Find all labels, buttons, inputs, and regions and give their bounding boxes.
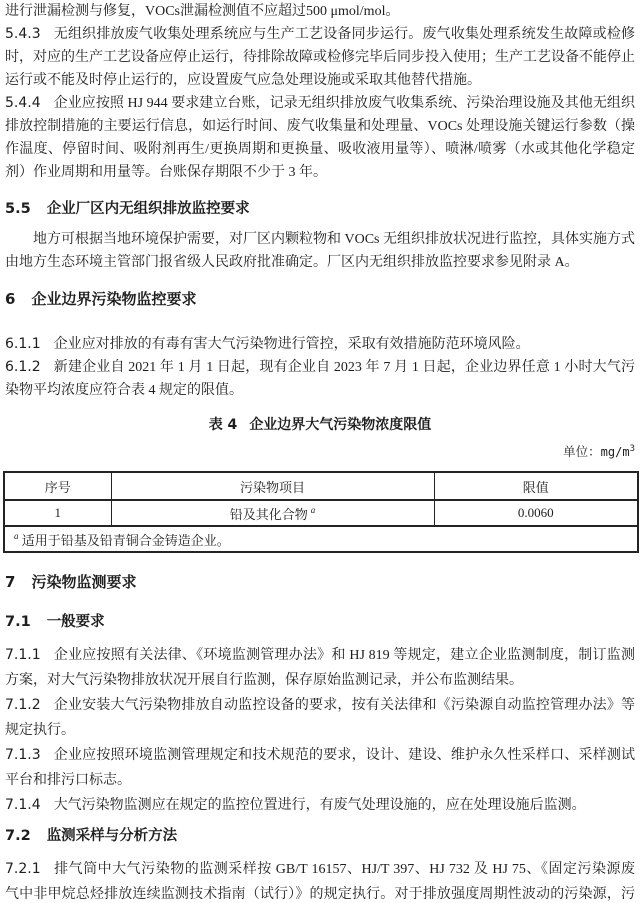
body-line: 地方可根据当地环境保护需要，对厂区内颗粒物和 VOCs 无组织排放状况进行监控，… xyxy=(5,228,635,251)
clause-number: 7.1.3 xyxy=(5,747,41,763)
clause-713-line: 7.1.3企业应按照环境监测管理规定和技术规范的要求，设计、建设、维护永久性采样… xyxy=(5,743,635,768)
body-line: 染物平均浓度应符合表 4 规定的限值。 xyxy=(5,379,635,402)
table-row: 1 铅及其化合物a 0.0060 xyxy=(4,500,638,526)
section-heading-7: 7污染物监测要求 xyxy=(5,570,635,595)
heading-title: 企业厂区内无组织排放监控要求 xyxy=(47,201,250,217)
body-line: 进行泄漏检测与修复，VOCs泄漏检测值不应超过500 μmol/mol。 xyxy=(5,0,635,23)
pollutant-limit-table: 序号 污染物项目 限值 1 铅及其化合物a 0.0060 a 适用于铅基及铅青铜… xyxy=(3,471,639,553)
heading-title: 监测采样与分析方法 xyxy=(47,828,178,844)
clause-712-line: 7.1.2企业安装大气污染物排放自动监控设备的要求，按有关法律和《污染源自动监控… xyxy=(5,693,635,718)
body-line: 气中非甲烷总烃排放连续监测技术指南（试行）》的规定执行。对于排放强度周期性波动的… xyxy=(5,882,635,903)
clause-number: 6.1.1 xyxy=(5,336,41,352)
table-caption-title: 企业边界大气污染物浓度限值 xyxy=(249,417,431,433)
section-heading-72: 7.2监测采样与分析方法 xyxy=(5,824,635,849)
body-line: 排放控制措施的主要运行信息，如运行时间、废气收集量和处理量、VOCs 处理设施关… xyxy=(5,115,635,138)
heading-number: 7 xyxy=(5,573,15,591)
unit-value: mg/m xyxy=(601,445,630,459)
heading-number: 5.5 xyxy=(5,201,31,217)
clause-612-line: 6.1.2新建企业自 2021 年 1 月 1 日起，现有企业自 2023 年 … xyxy=(5,356,635,379)
body-line: 剂）作业周期和用量等。台账保存期限不少于 3 年。 xyxy=(5,161,635,184)
heading-title: 企业边界污染物监控要求 xyxy=(31,290,196,308)
body-line: 规定执行。 xyxy=(5,718,635,743)
table-header-pollutant: 污染物项目 xyxy=(111,472,434,500)
body-line: 平台和排污口标志。 xyxy=(5,768,635,793)
heading-number: 7.2 xyxy=(5,828,31,844)
clause-721-line: 7.2.1排气筒中大气污染物的监测采样按 GB/T 16157、HJ/T 397… xyxy=(5,857,635,882)
clause-text: 无组织排放废气收集处理系统应与生产工艺设备同步运行。废气收集处理系统发生故障或检… xyxy=(54,27,635,42)
clause-611-line: 6.1.1企业应对排放的有毒有害大气污染物进行管控，采取有效措施防范环境风险。 xyxy=(5,333,635,356)
section-heading-71: 7.1一般要求 xyxy=(5,610,635,635)
footnote-marker: a xyxy=(14,531,19,541)
heading-title: 一般要求 xyxy=(47,614,105,630)
clause-group-71: 7.1.1企业应按照有关法律、《环境监测管理办法》和 HJ 819 等规定，建立… xyxy=(5,643,635,818)
body-line: 由地方生态环境主管部门报省级人民政府批准确定。厂区内无组织排放监控要求参见附录 … xyxy=(5,251,635,274)
table-footnote-row: a 适用于铅基及铅青铜合金铸造企业。 xyxy=(4,526,638,552)
clause-711-line: 7.1.1企业应按照有关法律、《环境监测管理办法》和 HJ 819 等规定，建立… xyxy=(5,643,635,668)
clause-text: 大气污染物监测应在规定的监控位置进行，有废气处理设施的，应在处理设施后监测。 xyxy=(54,798,586,813)
clause-number: 5.4.4 xyxy=(5,95,41,111)
unit-label: 单位： xyxy=(563,445,601,459)
clause-text: 企业应按照有关法律、《环境监测管理办法》和 HJ 819 等规定，建立企业监测制… xyxy=(54,648,635,663)
heading-number: 7.1 xyxy=(5,614,31,630)
footnote-ref-marker: a xyxy=(311,505,316,515)
clause-text: 企业应按照环境监测管理规定和技术规范的要求，设计、建设、维护永久性采样口、采样测… xyxy=(54,748,635,763)
clause-543-line: 5.4.3无组织排放废气收集处理系统应与生产工艺设备同步运行。废气收集处理系统发… xyxy=(5,23,635,46)
clause-text: 企业安装大气污染物排放自动监控设备的要求，按有关法律和《污染源自动监控管理办法》… xyxy=(54,698,635,713)
body-line: 作温度、停留时间、吸附剂再生/更换周期和更换量、吸收液用量等）、喷淋/喷雾（水或… xyxy=(5,138,635,161)
pollutant-name: 铅及其化合物 xyxy=(230,507,308,522)
table-header-row: 序号 污染物项目 限值 xyxy=(4,472,638,500)
document-page: 进行泄漏检测与修复，VOCs泄漏检测值不应超过500 μmol/mol。 5.4… xyxy=(0,0,640,903)
body-line: 运行或不能及时停止运行的，应设置废气应急处理设施或采取其他替代措施。 xyxy=(5,69,635,92)
clause-group-72: 7.2.1排气筒中大气污染物的监测采样按 GB/T 16157、HJ/T 397… xyxy=(5,857,635,903)
section-heading-55: 5.5企业厂区内无组织排放监控要求 xyxy=(5,198,635,221)
footnote-text: 适用于铅基及铅青铜合金铸造企业。 xyxy=(22,533,230,548)
section-heading-6: 6企业边界污染物监控要求 xyxy=(5,288,635,311)
heading-number: 6 xyxy=(5,290,15,308)
clause-number: 7.1.2 xyxy=(5,697,41,713)
clause-544-line: 5.4.4企业应按照 HJ 944 要求建立台账，记录无组织排放废气收集系统、污… xyxy=(5,92,635,115)
clause-714-line: 7.1.4大气污染物监测应在规定的监控位置进行，有废气处理设施的，应在处理设施后… xyxy=(5,793,635,818)
clause-text: 企业应按照 HJ 944 要求建立台账，记录无组织排放废气收集系统、污染治理设施… xyxy=(54,96,635,111)
clause-number: 7.2.1 xyxy=(5,861,41,877)
section-7: 7污染物监测要求 7.1一般要求 7.1.1企业应按照有关法律、《环境监测管理办… xyxy=(5,570,635,903)
table-caption-label: 表 4 xyxy=(209,417,238,433)
body-line: 时，对应的生产工艺设备应停止运行，待排除故障或检修完毕后同步投入使用；生产工艺设… xyxy=(5,46,635,69)
clause-number: 7.1.1 xyxy=(5,647,41,663)
clause-number: 7.1.4 xyxy=(5,797,41,813)
table-header-limit: 限值 xyxy=(434,472,638,500)
table-cell-pollutant: 铅及其化合物a xyxy=(111,500,434,526)
body-line: 方案，对大气污染物排放状况开展自行监测，保存原始监测记录，并公布监测结果。 xyxy=(5,668,635,693)
clause-text: 排气筒中大气污染物的监测采样按 GB/T 16157、HJ/T 397、HJ 7… xyxy=(54,862,635,877)
unit-exponent: 3 xyxy=(630,444,635,454)
heading-title: 污染物监测要求 xyxy=(31,573,136,591)
table-unit-line: 单位：mg/m3 xyxy=(5,444,635,460)
table-cell-limit: 0.0060 xyxy=(434,500,638,526)
table-cell-no: 1 xyxy=(4,500,111,526)
clause-text: 新建企业自 2021 年 1 月 1 日起，现有企业自 2023 年 7 月 1… xyxy=(54,360,635,375)
table-footnote-cell: a 适用于铅基及铅青铜合金铸造企业。 xyxy=(4,526,638,552)
table-header-no: 序号 xyxy=(4,472,111,500)
clause-number: 6.1.2 xyxy=(5,359,41,375)
clause-text: 企业应对排放的有毒有害大气污染物进行管控，采取有效措施防范环境风险。 xyxy=(54,337,530,352)
table-caption: 表 4企业边界大气污染物浓度限值 xyxy=(5,414,635,437)
clause-number: 5.4.3 xyxy=(5,26,41,42)
